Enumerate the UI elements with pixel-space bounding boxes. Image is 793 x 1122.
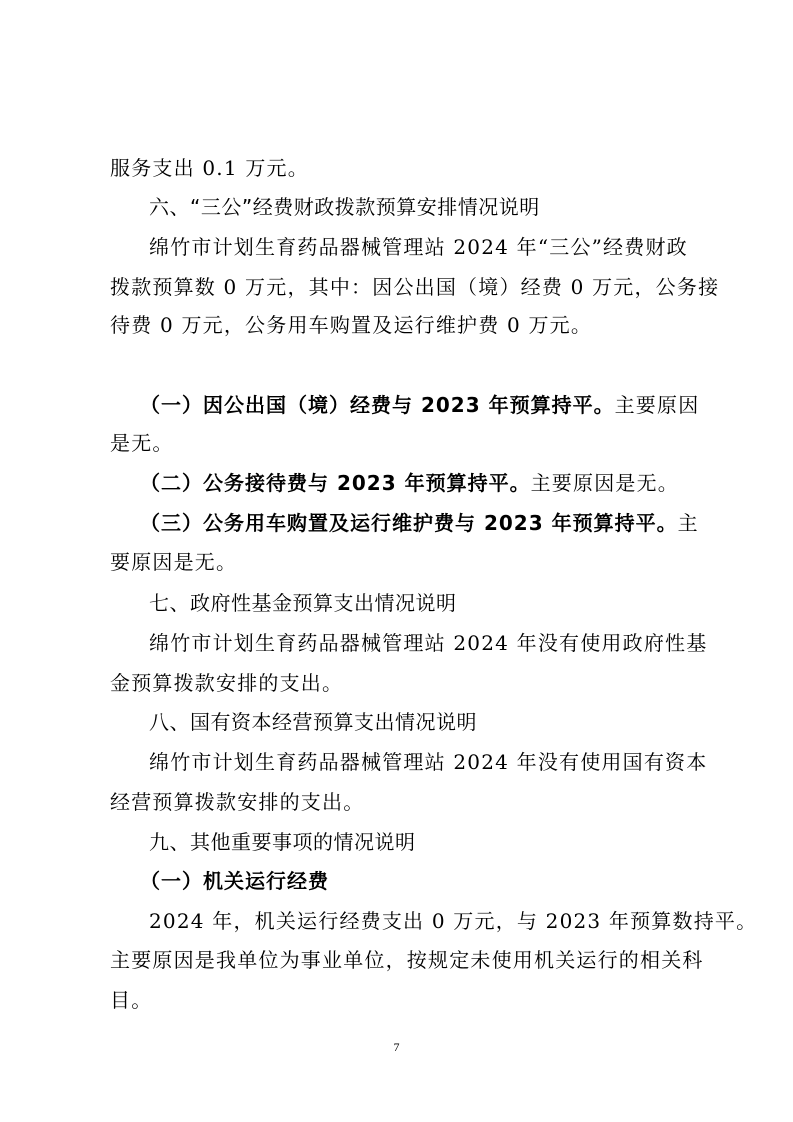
paragraph-line: 绵竹市计划生育药品器械管理站 2024 年没有使用政府性基 xyxy=(149,630,729,656)
section-heading-eight: 八、国有资本经营预算支出情况说明 xyxy=(149,709,729,735)
section-heading-six: 六、“三公”经费财政拨款预算安排情况说明 xyxy=(149,194,729,220)
paragraph-line: 绵竹市计划生育药品器械管理站 2024 年没有使用国有资本 xyxy=(149,749,729,775)
paragraph-line: 目。 xyxy=(110,987,690,1013)
subsection-bold-text: （一）因公出国（境）经费与 2023 年预算持平。 xyxy=(140,393,615,417)
paragraph-line: 服务支出 0.1 万元。 xyxy=(110,155,690,181)
subsection-bold-text: （二）公务接待费与 2023 年预算持平。 xyxy=(140,471,531,495)
paragraph-line: 主要原因是我单位为事业单位，按规定未使用机关运行的相关科 xyxy=(110,947,690,973)
section-heading-seven: 七、政府性基金预算支出情况说明 xyxy=(149,590,729,616)
page-number: 7 xyxy=(0,1040,793,1055)
subsection-bold-text: （三）公务用车购置及运行维护费与 2023 年预算持平。 xyxy=(140,511,678,535)
subsection-line-2: （二）公务接待费与 2023 年预算持平。主要原因是无。 xyxy=(140,470,720,496)
section-heading-nine: 九、其他重要事项的情况说明 xyxy=(149,829,729,855)
paragraph-line: 待费 0 万元，公务用车购置及运行维护费 0 万元。 xyxy=(110,312,690,338)
subsection-heading-operating-costs: （一）机关运行经费 xyxy=(140,868,720,894)
paragraph-line: 拨款预算数 0 万元，其中：因公出国（境）经费 0 万元，公务接 xyxy=(110,274,690,300)
document-page: 服务支出 0.1 万元。 六、“三公”经费财政拨款预算安排情况说明 绵竹市计划生… xyxy=(0,0,793,1122)
subsection-normal-text: 主要原因是无。 xyxy=(531,471,679,495)
paragraph-line: 是无。 xyxy=(110,430,690,456)
subsection-normal-text: 主 xyxy=(678,511,699,535)
paragraph-line: 2024 年，机关运行经费支出 0 万元，与 2023 年预算数持平。 xyxy=(149,908,729,934)
paragraph-line: 要原因是无。 xyxy=(110,549,690,575)
paragraph-line: 经营预算拨款安排的支出。 xyxy=(110,789,690,815)
paragraph-line: 金预算拨款安排的支出。 xyxy=(110,670,690,696)
subsection-line-3: （三）公务用车购置及运行维护费与 2023 年预算持平。主 xyxy=(140,510,720,536)
paragraph-line: 绵竹市计划生育药品器械管理站 2024 年“三公”经费财政 xyxy=(149,234,729,260)
subsection-normal-text: 主要原因 xyxy=(615,393,700,417)
subsection-line-1: （一）因公出国（境）经费与 2023 年预算持平。主要原因 xyxy=(140,392,720,418)
